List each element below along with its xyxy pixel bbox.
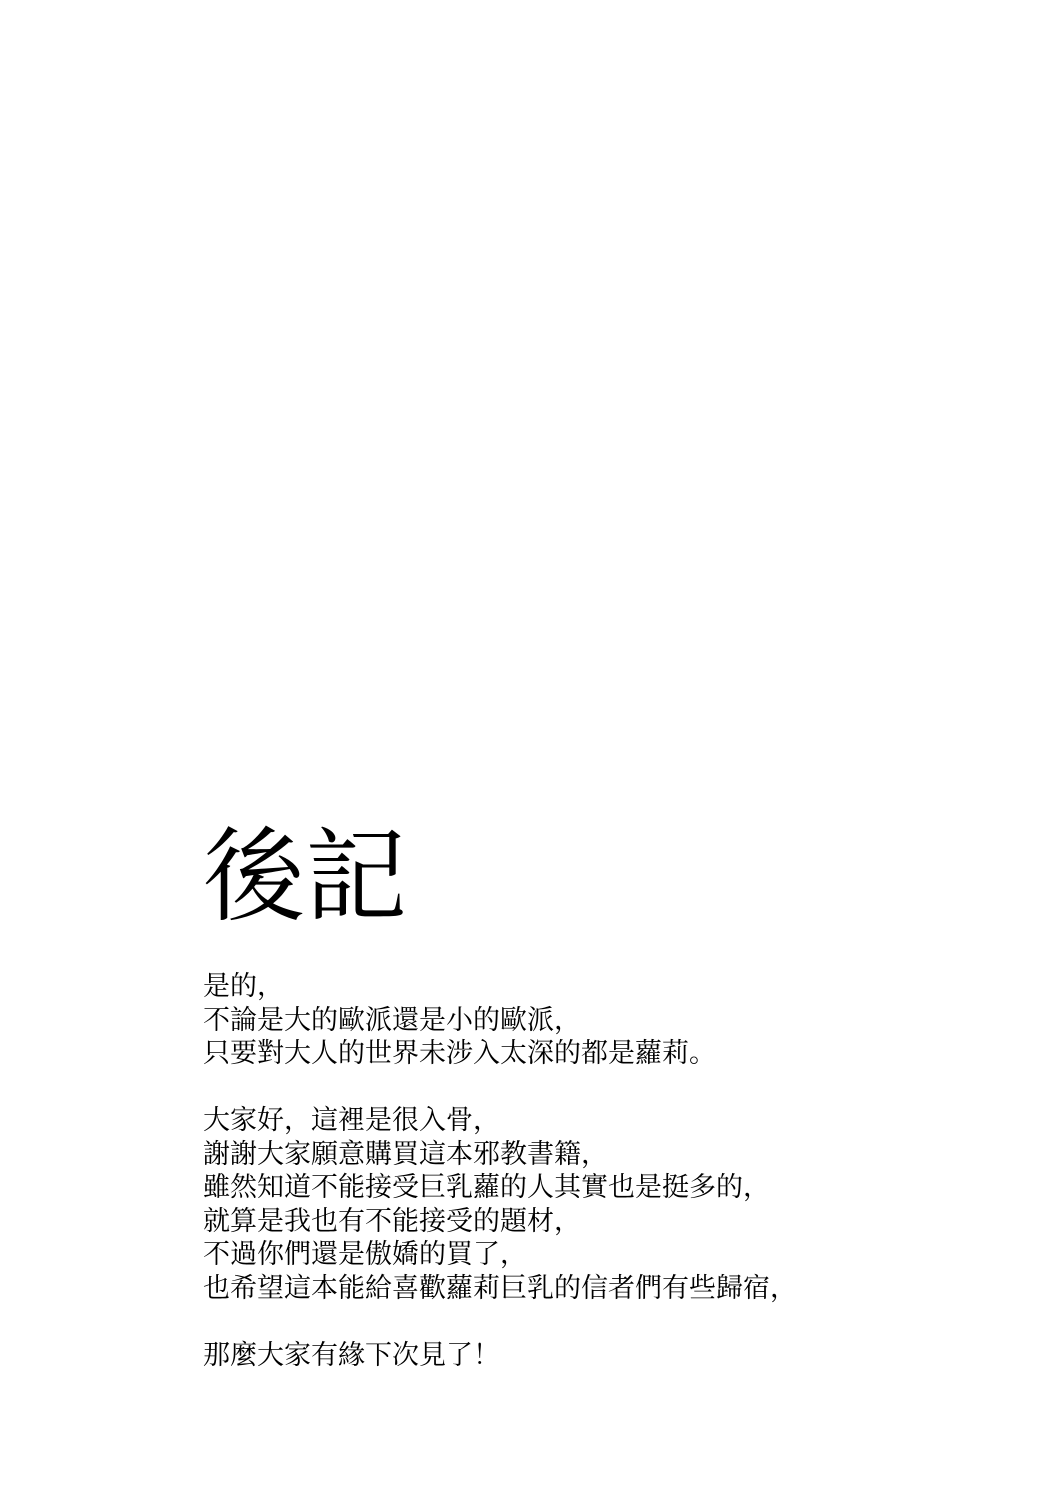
paragraph-2: 大家好，這裡是很入骨， 謝謝大家願意購買這本邪教書籍， 雖然知道不能接受巨乳蘿的… — [203, 1104, 797, 1305]
text-line: 不過你們還是傲嬌的買了， — [203, 1238, 797, 1272]
afterword-body: 是的， 不論是大的歐派還是小的歐派， 只要對大人的世界未涉入太深的都是蘿莉。 大… — [203, 970, 797, 1372]
text-line: 只要對大人的世界未涉入太深的都是蘿莉。 — [203, 1037, 797, 1071]
text-line: 就算是我也有不能接受的題材， — [203, 1205, 797, 1239]
page-title: 後記 — [203, 818, 407, 938]
text-line: 也希望這本能給喜歡蘿莉巨乳的信者們有些歸宿， — [203, 1272, 797, 1306]
text-line: 是的， — [203, 970, 797, 1004]
paragraph-3: 那麼大家有緣下次見了！ — [203, 1339, 797, 1373]
paragraph-1: 是的， 不論是大的歐派還是小的歐派， 只要對大人的世界未涉入太深的都是蘿莉。 — [203, 970, 797, 1071]
text-line: 大家好，這裡是很入骨， — [203, 1104, 797, 1138]
text-line: 雖然知道不能接受巨乳蘿的人其實也是挺多的， — [203, 1171, 797, 1205]
text-line: 那麼大家有緣下次見了！ — [203, 1339, 797, 1373]
text-line: 謝謝大家願意購買這本邪教書籍， — [203, 1138, 797, 1172]
afterword-page: 後記 是的， 不論是大的歐派還是小的歐派， 只要對大人的世界未涉入太深的都是蘿莉… — [0, 0, 1045, 1500]
text-line: 不論是大的歐派還是小的歐派， — [203, 1004, 797, 1038]
